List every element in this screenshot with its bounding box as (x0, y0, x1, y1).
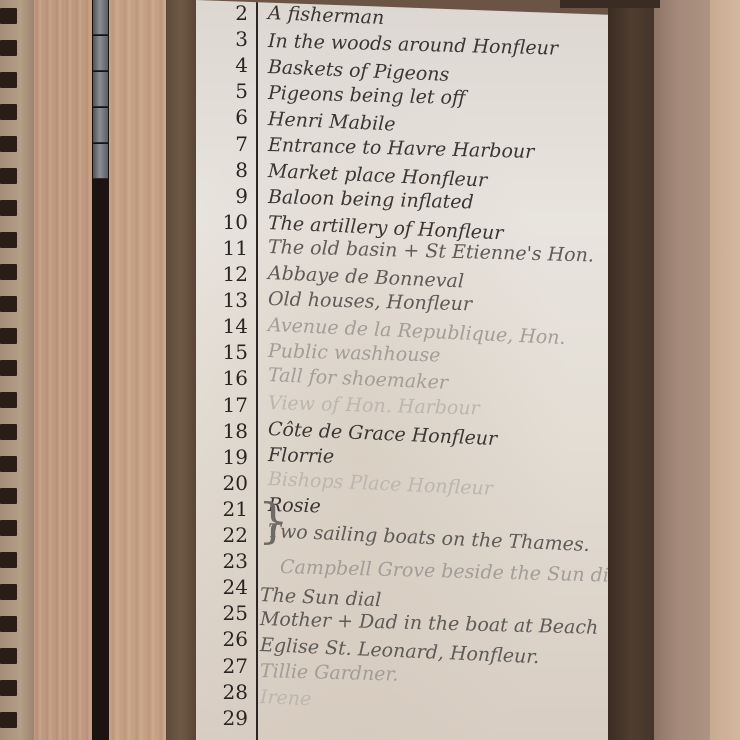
list-entry: Tall for shoemaker (268, 364, 449, 394)
perforation-hole (0, 136, 17, 152)
wooden-frame-right-inner (608, 0, 654, 740)
hinge-knuckle (93, 144, 108, 179)
hinge-knuckle (93, 0, 108, 35)
row-number: 5 (198, 81, 248, 101)
list-entry: View of Hon. Harbour (268, 392, 480, 420)
row-number: 9 (198, 186, 248, 206)
row-number: 28 (198, 682, 248, 702)
row-number: 14 (198, 316, 248, 336)
row-number: 17 (198, 395, 248, 415)
list-entry: Pigeons being let off (268, 82, 466, 109)
row-number: 26 (198, 629, 248, 649)
list-entry: In the woods around Honfleur (268, 30, 559, 60)
list-entry: Public washhouse (268, 340, 441, 367)
perforation-hole (0, 456, 17, 472)
wooden-frame-lid-edge (109, 0, 166, 740)
wooden-frame-right-outer (710, 0, 740, 740)
row-number: 18 (198, 421, 248, 441)
perforation-hole (0, 104, 17, 120)
wooden-frame-left (34, 0, 92, 740)
row-number: 12 (198, 264, 248, 284)
perforated-strip (0, 0, 34, 740)
perforation-hole (0, 264, 17, 280)
perforation-hole (0, 552, 17, 568)
list-entry: Mother + Dad in the boat at Beach (260, 608, 599, 639)
row-number: 23 (198, 551, 248, 571)
row-number: 6 (198, 107, 248, 127)
row-number: 24 (198, 577, 248, 597)
hinge-knuckle (93, 72, 108, 107)
perforation-hole (0, 168, 17, 184)
perforation-hole (0, 72, 17, 88)
list-entry: The old basin + St Etienne's Hon. (268, 236, 594, 267)
row-number: 11 (198, 238, 248, 258)
perforation-hole (0, 488, 17, 504)
list-entry: Two sailing boats on the Thames. (268, 520, 591, 556)
hinge (92, 0, 109, 740)
perforation-hole (0, 584, 17, 600)
row-number: 8 (198, 160, 248, 180)
number-column: 2345678910111213141516171819202122232425… (196, 0, 258, 740)
row-number: 20 (198, 473, 248, 493)
list-entry: Campbell Grove beside the Sun dial (280, 556, 627, 587)
row-number: 7 (198, 134, 248, 154)
perforation-hole (0, 200, 17, 216)
row-number: 13 (198, 290, 248, 310)
perforation-hole (0, 680, 17, 696)
list-entry: Irene (260, 686, 312, 710)
perforation-hole (0, 40, 17, 56)
list-entry: The Sun dial (260, 584, 382, 611)
hinge-knuckle (93, 108, 108, 143)
perforation-hole (0, 232, 17, 248)
row-number: 3 (198, 29, 248, 49)
list-entry: Entrance to Havre Harbour (268, 134, 535, 163)
list-entry: Baskets of Pigeons (268, 56, 450, 86)
row-number: 4 (198, 55, 248, 75)
perforation-hole (0, 296, 17, 312)
index-card: 2345678910111213141516171819202122232425… (196, 0, 608, 740)
row-number: 27 (198, 656, 248, 676)
row-number: 16 (198, 368, 248, 388)
list-entry: A fisherman (268, 2, 385, 29)
list-entry: Old houses, Honfleur (268, 288, 473, 315)
perforation-hole (0, 520, 17, 536)
perforation-hole (0, 712, 17, 728)
row-number: 21 (198, 499, 248, 519)
row-number: 22 (198, 525, 248, 545)
row-number: 2 (198, 3, 248, 23)
hinge-knuckle (93, 36, 108, 71)
bracket-mark: } (258, 497, 289, 545)
perforation-hole (0, 360, 17, 376)
list-entry: Henri Mabile (268, 108, 396, 136)
wooden-frame-top (560, 0, 660, 8)
wooden-frame-right (654, 0, 710, 740)
row-number: 25 (198, 603, 248, 623)
row-number: 29 (198, 708, 248, 728)
list-entry: Tillie Gardner. (260, 660, 399, 686)
row-number: 10 (198, 212, 248, 232)
wooden-frame-shadow (166, 0, 196, 740)
perforation-hole (0, 392, 17, 408)
row-number: 15 (198, 342, 248, 362)
list-entry: Florrie (268, 444, 335, 468)
perforation-hole (0, 328, 17, 344)
perforation-hole (0, 616, 17, 632)
perforation-hole (0, 8, 17, 24)
row-number: 19 (198, 447, 248, 467)
perforation-hole (0, 648, 17, 664)
list-entry: Baloon being inflated (268, 186, 474, 213)
perforation-hole (0, 424, 17, 440)
